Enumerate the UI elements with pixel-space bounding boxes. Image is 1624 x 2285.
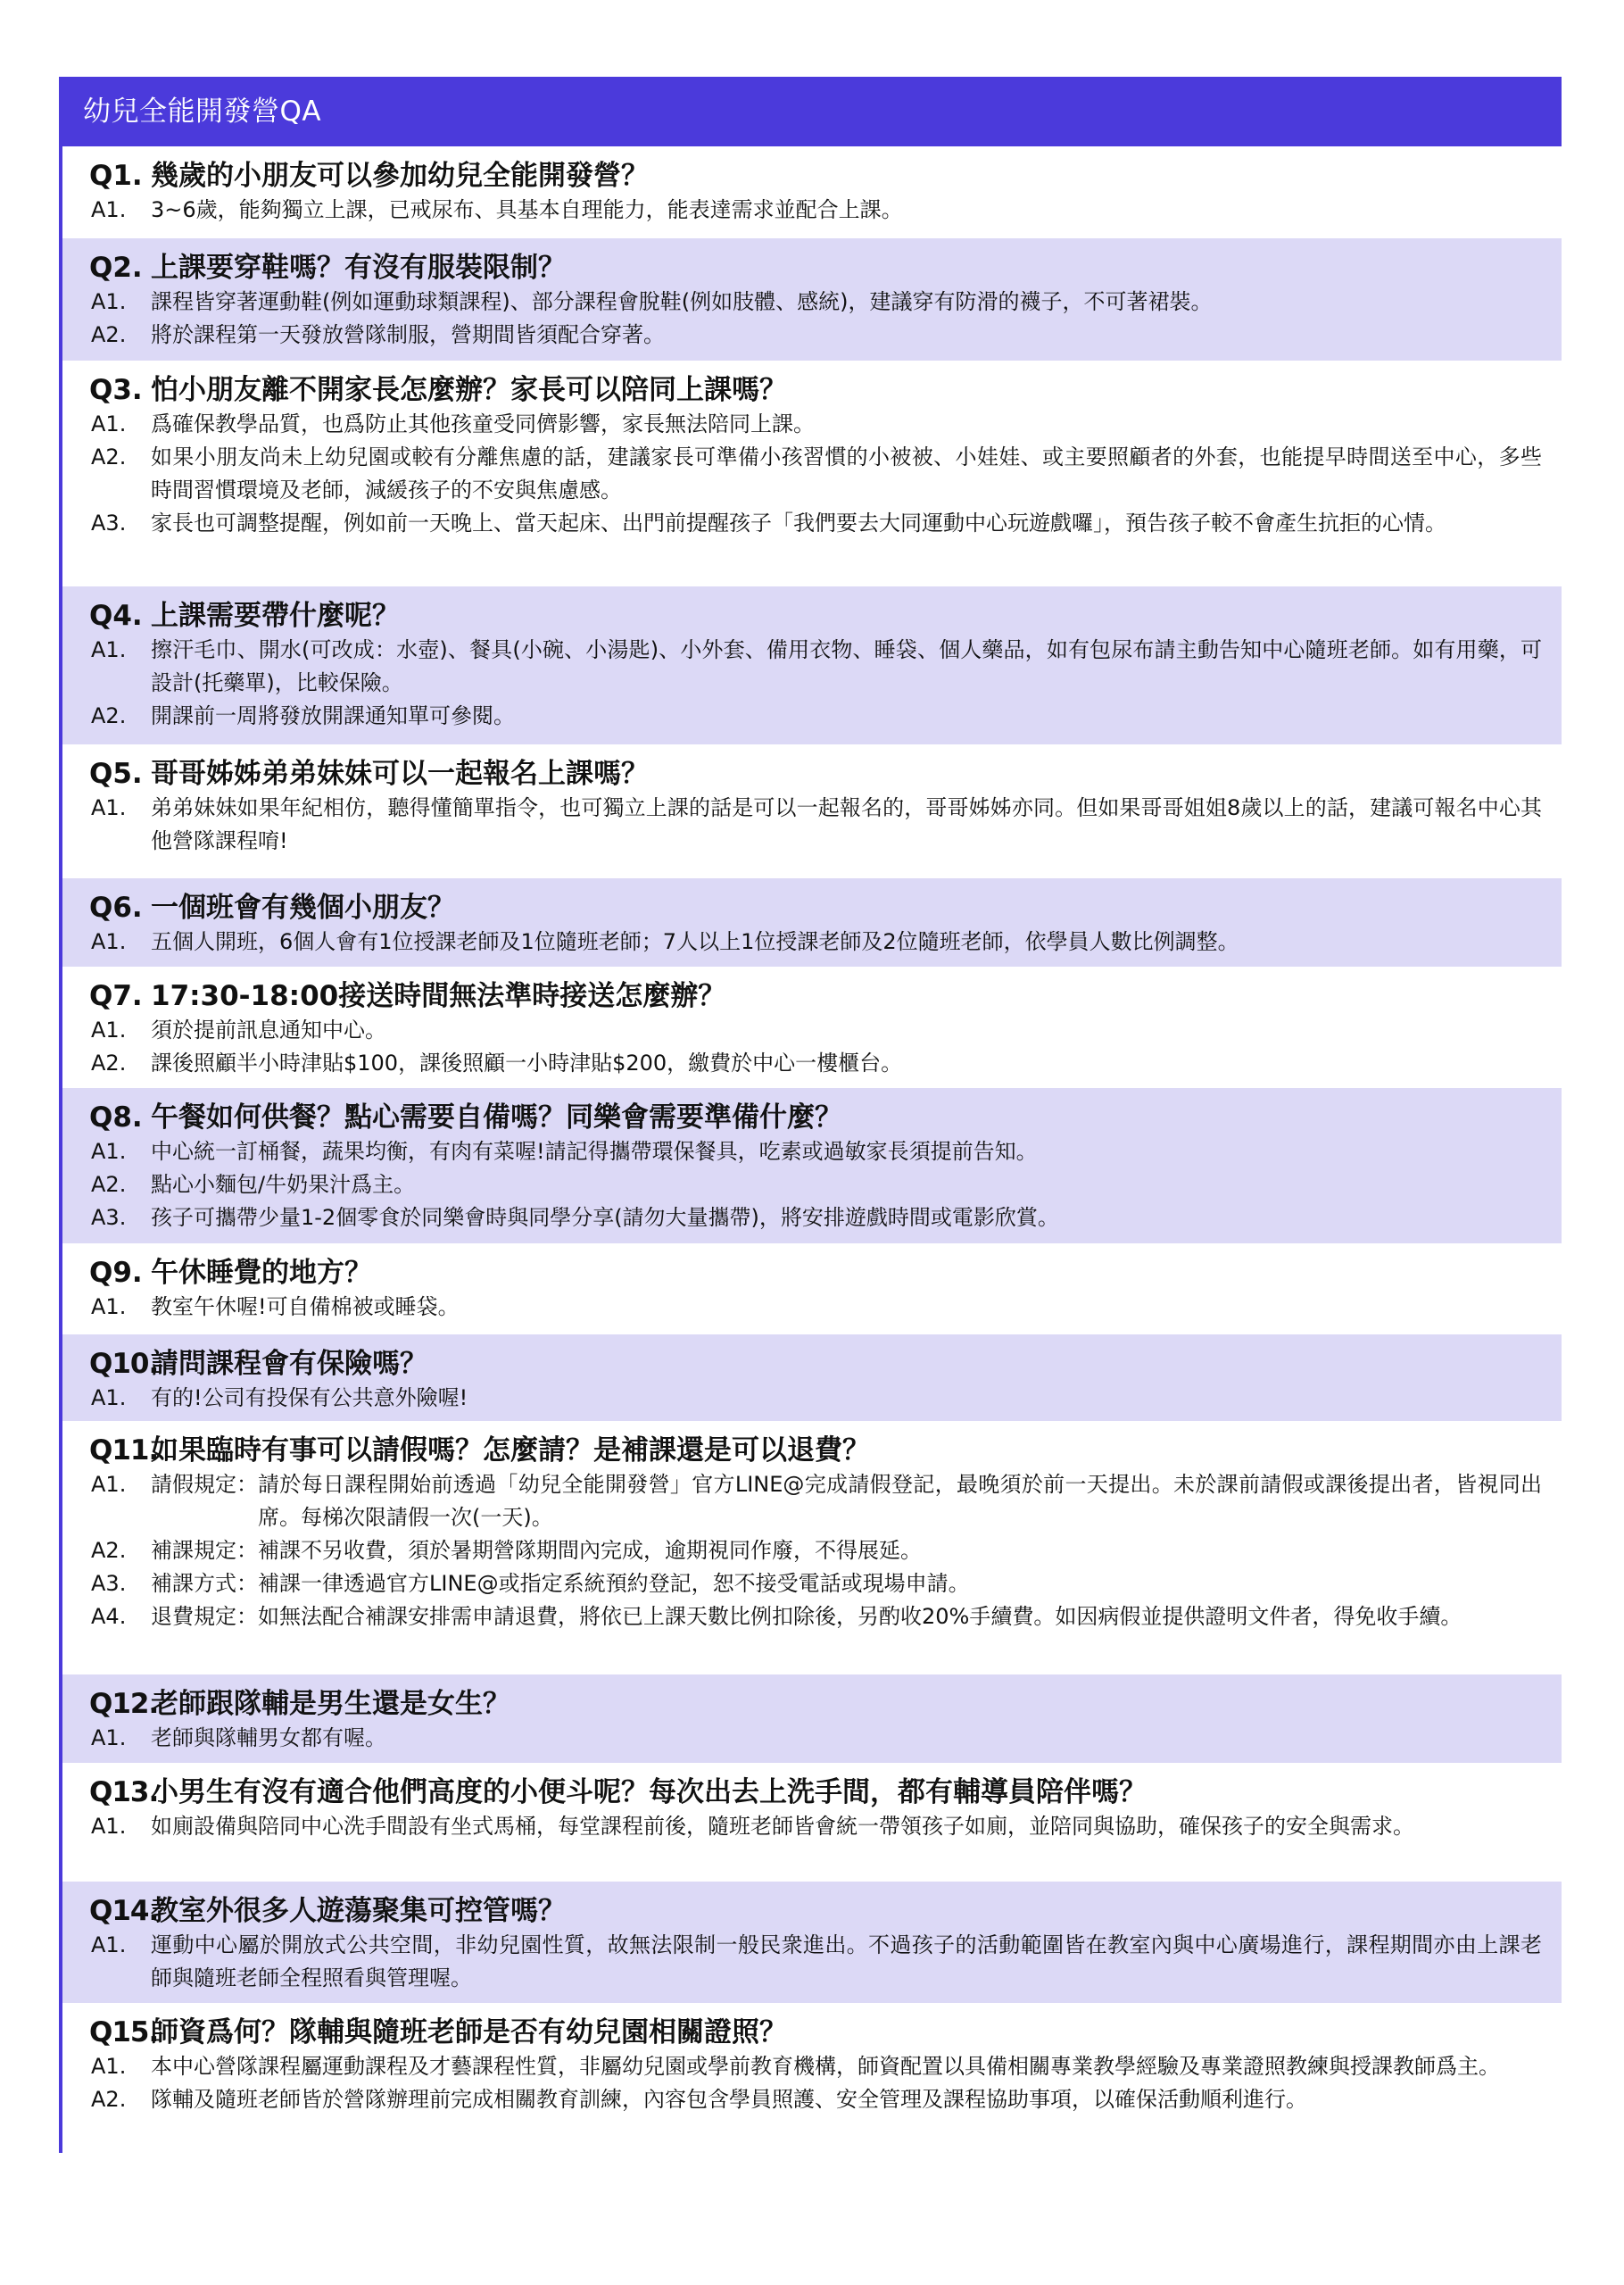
- answer-number: A2.: [89, 700, 151, 733]
- answer-text: 運動中心屬於開放式公共空間，非幼兒園性質，故無法限制一般民衆進出。不過孩子的活動…: [151, 1929, 1542, 1995]
- question-text: 怕小朋友離不開家長怎麼辦？家長可以陪同上課嗎？: [151, 372, 1562, 408]
- question-number: Q9.: [89, 1255, 151, 1291]
- answer-body: 將於課程第一天發放營隊制服，營期間皆須配合穿著。: [151, 319, 1542, 352]
- answer-text: 將於課程第一天發放營隊制服，營期間皆須配合穿著。: [151, 319, 1542, 352]
- question-text: 如果臨時有事可以請假嗎？怎麼請？是補課還是可以退費？: [151, 1433, 1562, 1468]
- question-text: 17:30-18:00接送時間無法準時接送怎麼辦？: [151, 978, 1562, 1014]
- question-text: 請問課程會有保險嗎？: [151, 1346, 1562, 1382]
- faq-document: 幼兒全能開發營QA Q1. 幾歲的小朋友可以參加幼兒全能開發營？ A1. 3~6…: [59, 77, 1562, 2153]
- answer-list: A1. 教室午休喔!可自備棉被或睡袋。: [89, 1291, 1562, 1324]
- answer-text: 本中心營隊課程屬運動課程及才藝課程性質，非屬幼兒園或學前教育機構，師資配置以具備…: [151, 2050, 1542, 2083]
- answer-body: 孩子可攜帶少量1-2個零食於同樂會時與同學分享(請勿大量攜帶)，將安排遊戲時間或…: [151, 1201, 1542, 1234]
- answer-row: A3. 家長也可調整提醒，例如前一天晚上、當天起床、出門前提醒孩子「我們要去大同…: [89, 507, 1562, 540]
- faq-item-4: Q4. 上課需要帶什麼呢？ A1. 擦汗毛巾、開水(可改成：水壺)、餐具(小碗、…: [62, 586, 1562, 744]
- answer-body: 有的!公司有投保有公共意外險喔!: [151, 1382, 1542, 1415]
- answer-text: 隊輔及隨班老師皆於營隊辦理前完成相關教育訓練，內容包含學員照護、安全管理及課程協…: [151, 2083, 1542, 2116]
- question-text: 教室外很多人遊蕩聚集可控管嗎？: [151, 1893, 1562, 1929]
- question-number: Q15.: [89, 2015, 151, 2050]
- answer-row: A2. 課後照顧半小時津貼$100，課後照顧一小時津貼$200，繳費於中心一樓櫃…: [89, 1047, 1562, 1080]
- question-row: Q6. 一個班會有幾個小朋友？: [89, 890, 1562, 926]
- question-text: 幾歲的小朋友可以參加幼兒全能開發營？: [151, 158, 1562, 194]
- answer-number: A1.: [89, 1014, 151, 1047]
- answer-body: 點心小麵包/牛奶果汁爲主。: [151, 1168, 1542, 1201]
- answer-text: 中心統一訂桶餐，蔬果均衡，有肉有菜喔!請記得攜帶環保餐具，吃素或過敏家長須提前告…: [151, 1135, 1542, 1168]
- answer-body: 開課前一周將發放開課通知單可參閱。: [151, 700, 1542, 733]
- answer-row: A1. 本中心營隊課程屬運動課程及才藝課程性質，非屬幼兒園或學前教育機構，師資配…: [89, 2050, 1562, 2083]
- answer-text: 補課一律透過官方LINE@或指定系統預約登記，恕不接受電話或現場申請。: [258, 1567, 1542, 1600]
- question-row: Q5. 哥哥姊姊弟弟妹妹可以一起報名上課嗎？: [89, 756, 1562, 792]
- faq-item-6: Q6. 一個班會有幾個小朋友？ A1. 五個人開班，6個人會有1位授課老師及1位…: [62, 878, 1562, 967]
- question-number: Q11.: [89, 1433, 151, 1468]
- answer-row: A2. 將於課程第一天發放營隊制服，營期間皆須配合穿著。: [89, 319, 1562, 352]
- answer-number: A1.: [89, 792, 151, 825]
- answer-number: A1.: [89, 1722, 151, 1755]
- answer-list: A1. 有的!公司有投保有公共意外險喔!: [89, 1382, 1562, 1415]
- answer-list: A1. 本中心營隊課程屬運動課程及才藝課程性質，非屬幼兒園或學前教育機構，師資配…: [89, 2050, 1562, 2116]
- answer-list: A1. 爲確保教學品質，也爲防止其他孩童受同儕影響，家長無法陪同上課。 A2. …: [89, 408, 1562, 540]
- answer-row: A1. 五個人開班，6個人會有1位授課老師及1位隨班老師；7人以上1位授課老師及…: [89, 926, 1562, 959]
- faq-item-10: Q10. 請問課程會有保險嗎？ A1. 有的!公司有投保有公共意外險喔!: [62, 1334, 1562, 1421]
- answer-body: 3~6歲，能夠獨立上課，已戒尿布、具基本自理能力，能表達需求並配合上課。: [151, 194, 1542, 227]
- question-text: 老師跟隊輔是男生還是女生？: [151, 1686, 1562, 1722]
- answer-row: A1. 3~6歲，能夠獨立上課，已戒尿布、具基本自理能力，能表達需求並配合上課。: [89, 194, 1562, 227]
- question-number: Q12.: [89, 1686, 151, 1722]
- question-row: Q4. 上課需要帶什麼呢？: [89, 598, 1562, 634]
- question-number: Q7.: [89, 978, 151, 1014]
- answer-number: A1.: [89, 1929, 151, 1962]
- answer-row: A3. 孩子可攜帶少量1-2個零食於同樂會時與同學分享(請勿大量攜帶)，將安排遊…: [89, 1201, 1562, 1234]
- answer-row: A1. 如廁設備與陪同中心洗手間設有坐式馬桶，每堂課程前後，隨班老師皆會統一帶領…: [89, 1810, 1562, 1843]
- document-title: 幼兒全能開發營QA: [59, 77, 1562, 146]
- answer-label: 補課方式：: [151, 1567, 258, 1600]
- answer-body: 須於提前訊息通知中心。: [151, 1014, 1542, 1047]
- answer-body: 運動中心屬於開放式公共空間，非幼兒園性質，故無法限制一般民衆進出。不過孩子的活動…: [151, 1929, 1542, 1995]
- answer-list: A1. 3~6歲，能夠獨立上課，已戒尿布、具基本自理能力，能表達需求並配合上課。: [89, 194, 1562, 227]
- answer-text: 如果小朋友尚未上幼兒園或較有分離焦慮的話，建議家長可準備小孩習慣的小被被、小娃娃…: [151, 441, 1542, 507]
- answer-number: A3.: [89, 1201, 151, 1234]
- answer-number: A1.: [89, 634, 151, 667]
- answer-row: A1. 爲確保教學品質，也爲防止其他孩童受同儕影響，家長無法陪同上課。: [89, 408, 1562, 441]
- answer-body: 隊輔及隨班老師皆於營隊辦理前完成相關教育訓練，內容包含學員照護、安全管理及課程協…: [151, 2083, 1542, 2116]
- question-number: Q10.: [89, 1346, 151, 1382]
- question-number: Q6.: [89, 890, 151, 926]
- question-row: Q15. 師資爲何？隊輔與隨班老師是否有幼兒園相關證照？: [89, 2015, 1562, 2050]
- answer-text: 教室午休喔!可自備棉被或睡袋。: [151, 1291, 1542, 1324]
- question-row: Q12. 老師跟隊輔是男生還是女生？: [89, 1686, 1562, 1722]
- answer-list: A1. 運動中心屬於開放式公共空間，非幼兒園性質，故無法限制一般民衆進出。不過孩…: [89, 1929, 1562, 1995]
- answer-row: A1. 請假規定： 請於每日課程開始前透過「幼兒全能開發營」官方LINE@完成請…: [89, 1468, 1562, 1534]
- question-number: Q4.: [89, 598, 151, 634]
- answer-text: 點心小麵包/牛奶果汁爲主。: [151, 1168, 1542, 1201]
- answer-body: 中心統一訂桶餐，蔬果均衡，有肉有菜喔!請記得攜帶環保餐具，吃素或過敏家長須提前告…: [151, 1135, 1542, 1168]
- question-number: Q2.: [89, 250, 151, 286]
- answer-list: A1. 老師與隊輔男女都有喔。: [89, 1722, 1562, 1755]
- answer-body: 家長也可調整提醒，例如前一天晚上、當天起床、出門前提醒孩子「我們要去大同運動中心…: [151, 507, 1542, 540]
- question-number: Q14.: [89, 1893, 151, 1929]
- answer-row: A2. 開課前一周將發放開課通知單可參閱。: [89, 700, 1562, 733]
- answer-row: A1. 須於提前訊息通知中心。: [89, 1014, 1562, 1047]
- answer-list: A1. 中心統一訂桶餐，蔬果均衡，有肉有菜喔!請記得攜帶環保餐具，吃素或過敏家長…: [89, 1135, 1562, 1234]
- answer-list: A1. 課程皆穿著運動鞋(例如運動球類課程)、部分課程會脫鞋(例如肢體、感統)，…: [89, 286, 1562, 352]
- answer-number: A2.: [89, 1168, 151, 1201]
- faq-item-7: Q7. 17:30-18:00接送時間無法準時接送怎麼辦？ A1. 須於提前訊息…: [62, 967, 1562, 1088]
- answer-body: 如廁設備與陪同中心洗手間設有坐式馬桶，每堂課程前後，隨班老師皆會統一帶領孩子如廁…: [151, 1810, 1542, 1843]
- answer-list: A1. 須於提前訊息通知中心。 A2. 課後照顧半小時津貼$100，課後照顧一小…: [89, 1014, 1562, 1080]
- question-text: 上課要穿鞋嗎？有沒有服裝限制？: [151, 250, 1562, 286]
- faq-item-3: Q3. 怕小朋友離不開家長怎麼辦？家長可以陪同上課嗎？ A1. 爲確保教學品質，…: [62, 361, 1562, 586]
- question-row: Q13. 小男生有沒有適合他們高度的小便斗呢？每次出去上洗手間，都有輔導員陪伴嗎…: [89, 1774, 1562, 1810]
- answer-row: A2. 如果小朋友尚未上幼兒園或較有分離焦慮的話，建議家長可準備小孩習慣的小被被…: [89, 441, 1562, 507]
- answer-list: A1. 擦汗毛巾、開水(可改成：水壺)、餐具(小碗、小湯匙)、小外套、備用衣物、…: [89, 634, 1562, 733]
- answer-label: 補課規定：: [151, 1534, 258, 1567]
- faq-item-8: Q8. 午餐如何供餐？點心需要自備嗎？同樂會需要準備什麼？ A1. 中心統一訂桶…: [62, 1088, 1562, 1243]
- answer-body: 本中心營隊課程屬運動課程及才藝課程性質，非屬幼兒園或學前教育機構，師資配置以具備…: [151, 2050, 1542, 2083]
- answer-list: A1. 如廁設備與陪同中心洗手間設有坐式馬桶，每堂課程前後，隨班老師皆會統一帶領…: [89, 1810, 1562, 1843]
- answer-text: 開課前一周將發放開課通知單可參閱。: [151, 700, 1542, 733]
- answer-number: A1.: [89, 408, 151, 441]
- answer-number: A1.: [89, 1382, 151, 1415]
- question-number: Q8.: [89, 1100, 151, 1135]
- answer-body: 如果小朋友尚未上幼兒園或較有分離焦慮的話，建議家長可準備小孩習慣的小被被、小娃娃…: [151, 441, 1542, 507]
- answer-text: 有的!公司有投保有公共意外險喔!: [151, 1382, 1542, 1415]
- answer-number: A3.: [89, 1567, 151, 1600]
- faq-item-5: Q5. 哥哥姊姊弟弟妹妹可以一起報名上課嗎？ A1. 弟弟妹妹如果年紀相仿，聽得…: [62, 744, 1562, 878]
- answer-text: 爲確保教學品質，也爲防止其他孩童受同儕影響，家長無法陪同上課。: [151, 408, 1542, 441]
- faq-item-12: Q12. 老師跟隊輔是男生還是女生？ A1. 老師與隊輔男女都有喔。: [62, 1674, 1562, 1763]
- answer-body: 爲確保教學品質，也爲防止其他孩童受同儕影響，家長無法陪同上課。: [151, 408, 1542, 441]
- answer-number: A4.: [89, 1600, 151, 1633]
- answer-body: 五個人開班，6個人會有1位授課老師及1位隨班老師；7人以上1位授課老師及2位隨班…: [151, 926, 1542, 959]
- faq-item-9: Q9. 午休睡覺的地方？ A1. 教室午休喔!可自備棉被或睡袋。: [62, 1243, 1562, 1334]
- question-number: Q5.: [89, 756, 151, 792]
- faq-item-14: Q14. 教室外很多人遊蕩聚集可控管嗎？ A1. 運動中心屬於開放式公共空間，非…: [62, 1882, 1562, 2003]
- question-text: 午餐如何供餐？點心需要自備嗎？同樂會需要準備什麼？: [151, 1100, 1562, 1135]
- answer-text: 老師與隊輔男女都有喔。: [151, 1722, 1542, 1755]
- question-text: 午休睡覺的地方？: [151, 1255, 1562, 1291]
- faq-item-15: Q15. 師資爲何？隊輔與隨班老師是否有幼兒園相關證照？ A1. 本中心營隊課程…: [62, 2003, 1562, 2153]
- answer-row: A2. 補課規定： 補課不另收費，須於暑期營隊期間內完成，逾期視同作廢，不得展延…: [89, 1534, 1562, 1567]
- question-row: Q9. 午休睡覺的地方？: [89, 1255, 1562, 1291]
- answer-text: 弟弟妹妹如果年紀相仿，聽得懂簡單指令，也可獨立上課的話是可以一起報名的，哥哥姊姊…: [151, 792, 1542, 858]
- faq-item-2: Q2. 上課要穿鞋嗎？有沒有服裝限制？ A1. 課程皆穿著運動鞋(例如運動球類課…: [62, 238, 1562, 361]
- faq-item-11: Q11. 如果臨時有事可以請假嗎？怎麼請？是補課還是可以退費？ A1. 請假規定…: [62, 1421, 1562, 1674]
- answer-number: A1.: [89, 926, 151, 959]
- answer-number: A1.: [89, 1291, 151, 1324]
- answer-text: 家長也可調整提醒，例如前一天晚上、當天起床、出門前提醒孩子「我們要去大同運動中心…: [151, 507, 1542, 540]
- answer-number: A1.: [89, 1468, 151, 1501]
- answer-number: A1.: [89, 1810, 151, 1843]
- answer-body: 補課方式： 補課一律透過官方LINE@或指定系統預約登記，恕不接受電話或現場申請…: [151, 1567, 1542, 1600]
- answer-row: A1. 課程皆穿著運動鞋(例如運動球類課程)、部分課程會脫鞋(例如肢體、感統)，…: [89, 286, 1562, 319]
- question-text: 小男生有沒有適合他們高度的小便斗呢？每次出去上洗手間，都有輔導員陪伴嗎？: [151, 1774, 1562, 1810]
- answer-body: 請假規定： 請於每日課程開始前透過「幼兒全能開發營」官方LINE@完成請假登記，…: [151, 1468, 1542, 1534]
- answer-number: A1.: [89, 1135, 151, 1168]
- answer-number: A1.: [89, 286, 151, 319]
- answer-body: 退費規定： 如無法配合補課安排需申請退費，將依已上課天數比例扣除後，另酌收20%…: [151, 1600, 1542, 1633]
- answer-row: A3. 補課方式： 補課一律透過官方LINE@或指定系統預約登記，恕不接受電話或…: [89, 1567, 1562, 1600]
- answer-text: 擦汗毛巾、開水(可改成：水壺)、餐具(小碗、小湯匙)、小外套、備用衣物、睡袋、個…: [151, 634, 1542, 700]
- question-row: Q14. 教室外很多人遊蕩聚集可控管嗎？: [89, 1893, 1562, 1929]
- answer-row: A1. 有的!公司有投保有公共意外險喔!: [89, 1382, 1562, 1415]
- answer-row: A1. 中心統一訂桶餐，蔬果均衡，有肉有菜喔!請記得攜帶環保餐具，吃素或過敏家長…: [89, 1135, 1562, 1168]
- answer-text: 須於提前訊息通知中心。: [151, 1014, 1542, 1047]
- question-row: Q8. 午餐如何供餐？點心需要自備嗎？同樂會需要準備什麼？: [89, 1100, 1562, 1135]
- answer-number: A2.: [89, 1047, 151, 1080]
- answer-number: A2.: [89, 319, 151, 352]
- answer-row: A1. 老師與隊輔男女都有喔。: [89, 1722, 1562, 1755]
- question-number: Q1.: [89, 158, 151, 194]
- answer-text: 3~6歲，能夠獨立上課，已戒尿布、具基本自理能力，能表達需求並配合上課。: [151, 194, 1542, 227]
- answer-text: 補課不另收費，須於暑期營隊期間內完成，逾期視同作廢，不得展延。: [258, 1534, 1542, 1567]
- answer-body: 補課規定： 補課不另收費，須於暑期營隊期間內完成，逾期視同作廢，不得展延。: [151, 1534, 1542, 1567]
- answer-text: 如廁設備與陪同中心洗手間設有坐式馬桶，每堂課程前後，隨班老師皆會統一帶領孩子如廁…: [151, 1810, 1542, 1843]
- answer-list: A1. 弟弟妹妹如果年紀相仿，聽得懂簡單指令，也可獨立上課的話是可以一起報名的，…: [89, 792, 1562, 858]
- answer-text: 孩子可攜帶少量1-2個零食於同樂會時與同學分享(請勿大量攜帶)，將安排遊戲時間或…: [151, 1201, 1542, 1234]
- answer-text: 課程皆穿著運動鞋(例如運動球類課程)、部分課程會脫鞋(例如肢體、感統)，建議穿有…: [151, 286, 1542, 319]
- question-number: Q13.: [89, 1774, 151, 1810]
- question-row: Q11. 如果臨時有事可以請假嗎？怎麼請？是補課還是可以退費？: [89, 1433, 1562, 1468]
- answer-number: A2.: [89, 2083, 151, 2116]
- answer-body: 老師與隊輔男女都有喔。: [151, 1722, 1542, 1755]
- answer-number: A2.: [89, 441, 151, 474]
- question-row: Q2. 上課要穿鞋嗎？有沒有服裝限制？: [89, 250, 1562, 286]
- question-text: 師資爲何？隊輔與隨班老師是否有幼兒園相關證照？: [151, 2015, 1562, 2050]
- answer-text: 如無法配合補課安排需申請退費，將依已上課天數比例扣除後，另酌收20%手續費。如因…: [258, 1600, 1542, 1633]
- answer-body: 課程皆穿著運動鞋(例如運動球類課程)、部分課程會脫鞋(例如肢體、感統)，建議穿有…: [151, 286, 1542, 319]
- question-row: Q10. 請問課程會有保險嗎？: [89, 1346, 1562, 1382]
- answer-row: A1. 運動中心屬於開放式公共空間，非幼兒園性質，故無法限制一般民衆進出。不過孩…: [89, 1929, 1562, 1995]
- answer-text: 五個人開班，6個人會有1位授課老師及1位隨班老師；7人以上1位授課老師及2位隨班…: [151, 926, 1542, 959]
- question-text: 哥哥姊姊弟弟妹妹可以一起報名上課嗎？: [151, 756, 1562, 792]
- answer-row: A4. 退費規定： 如無法配合補課安排需申請退費，將依已上課天數比例扣除後，另酌…: [89, 1600, 1562, 1633]
- faq-item-1: Q1. 幾歲的小朋友可以參加幼兒全能開發營？ A1. 3~6歲，能夠獨立上課，已…: [62, 146, 1562, 238]
- answer-body: 擦汗毛巾、開水(可改成：水壺)、餐具(小碗、小湯匙)、小外套、備用衣物、睡袋、個…: [151, 634, 1542, 700]
- answer-number: A3.: [89, 507, 151, 540]
- answer-list: A1. 五個人開班，6個人會有1位授課老師及1位隨班老師；7人以上1位授課老師及…: [89, 926, 1562, 959]
- answer-label: 退費規定：: [151, 1600, 258, 1633]
- answer-number: A2.: [89, 1534, 151, 1567]
- faq-item-13: Q13. 小男生有沒有適合他們高度的小便斗呢？每次出去上洗手間，都有輔導員陪伴嗎…: [62, 1763, 1562, 1882]
- faq-list: Q1. 幾歲的小朋友可以參加幼兒全能開發營？ A1. 3~6歲，能夠獨立上課，已…: [59, 146, 1562, 2153]
- answer-number: A1.: [89, 2050, 151, 2083]
- answer-row: A2. 隊輔及隨班老師皆於營隊辦理前完成相關教育訓練，內容包含學員照護、安全管理…: [89, 2083, 1562, 2116]
- answer-label: 請假規定：: [151, 1468, 258, 1534]
- answer-row: A1. 教室午休喔!可自備棉被或睡袋。: [89, 1291, 1562, 1324]
- answer-body: 課後照顧半小時津貼$100，課後照顧一小時津貼$200，繳費於中心一樓櫃台。: [151, 1047, 1542, 1080]
- answer-number: A1.: [89, 194, 151, 227]
- answer-list: A1. 請假規定： 請於每日課程開始前透過「幼兒全能開發營」官方LINE@完成請…: [89, 1468, 1562, 1633]
- question-text: 上課需要帶什麼呢？: [151, 598, 1562, 634]
- answer-body: 教室午休喔!可自備棉被或睡袋。: [151, 1291, 1542, 1324]
- answer-row: A1. 擦汗毛巾、開水(可改成：水壺)、餐具(小碗、小湯匙)、小外套、備用衣物、…: [89, 634, 1562, 700]
- question-row: Q1. 幾歲的小朋友可以參加幼兒全能開發營？: [89, 158, 1562, 194]
- question-row: Q3. 怕小朋友離不開家長怎麼辦？家長可以陪同上課嗎？: [89, 372, 1562, 408]
- answer-body: 弟弟妹妹如果年紀相仿，聽得懂簡單指令，也可獨立上課的話是可以一起報名的，哥哥姊姊…: [151, 792, 1542, 858]
- question-number: Q3.: [89, 372, 151, 408]
- question-text: 一個班會有幾個小朋友？: [151, 890, 1562, 926]
- answer-text: 課後照顧半小時津貼$100，課後照顧一小時津貼$200，繳費於中心一樓櫃台。: [151, 1047, 1542, 1080]
- answer-row: A1. 弟弟妹妹如果年紀相仿，聽得懂簡單指令，也可獨立上課的話是可以一起報名的，…: [89, 792, 1562, 858]
- answer-text: 請於每日課程開始前透過「幼兒全能開發營」官方LINE@完成請假登記，最晚須於前一…: [258, 1468, 1542, 1534]
- answer-row: A2. 點心小麵包/牛奶果汁爲主。: [89, 1168, 1562, 1201]
- question-row: Q7. 17:30-18:00接送時間無法準時接送怎麼辦？: [89, 978, 1562, 1014]
